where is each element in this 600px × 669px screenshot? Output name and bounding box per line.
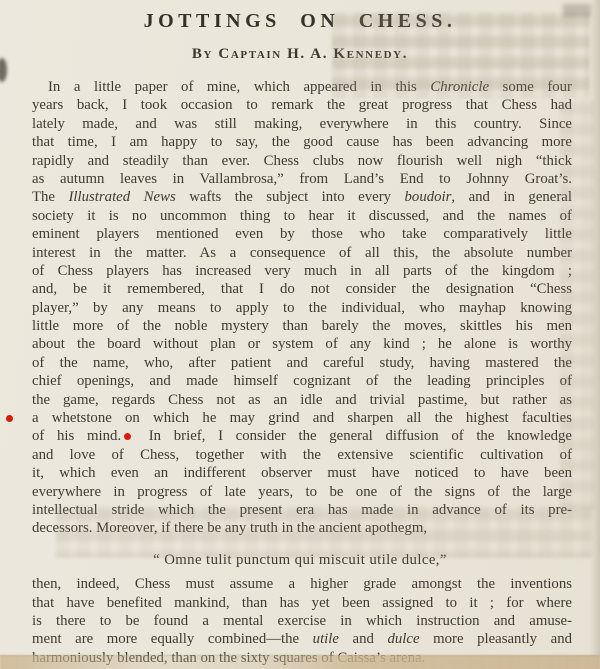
scanned-page: JOTTINGS ON CHESS. By Captain H. A. Kenn… [0,0,600,669]
text-line: The Illustrated News wafts the subject i… [32,188,572,206]
text-line: harmoniously blended, than on the sixty … [32,649,572,667]
text-line: lately made, and was still making, every… [32,115,572,133]
text-line: as autumn leaves in Vallambrosa,” from L… [32,170,572,188]
text-line: that have benefited mankind, than has ye… [32,594,572,612]
text-line: rapidly and steadily than ever. Chess cl… [32,152,572,170]
text-line: the game, regards Chess not as an idle a… [32,391,572,409]
text-line: chief openings, and made himself cogniza… [32,372,572,390]
text-line: intellectual stride which the present er… [32,501,572,519]
text-line: it, which even an indifferent observer m… [32,464,572,482]
text-line: that time, I am happy to say, the good c… [32,133,572,151]
text-line: of the name, who, after patient and care… [32,354,572,372]
text-line: In a little paper of mine, which appeare… [32,78,572,96]
paragraph-2: then, indeed, Chess must assume a higher… [32,575,572,667]
text-line: and, be it remembered, that I do not con… [32,280,572,298]
text-line: ment are more equally combined—the utile… [32,630,572,648]
annotation-dot-icon [124,433,131,440]
text-line: player,” by any means to apply to the in… [32,299,572,317]
text-line: and love of Chess, together with the ext… [32,446,572,464]
text-line: decessors. Moreover, if there be any tru… [32,519,572,537]
text-line: eminent players mentioned even by those … [32,225,572,243]
text-line: years back, I took occasion to remark th… [32,96,572,114]
text-line: then, indeed, Chess must assume a higher… [32,575,572,593]
article-title: JOTTINGS ON CHESS. [0,10,600,33]
text-line: interest in the matter. As a consequence… [32,244,572,262]
annotation-dot-icon [6,415,13,422]
text-line: about the board without plan or system o… [32,335,572,353]
text-line: society it is no uncommon thing to hear … [32,207,572,225]
article-byline: By Captain H. A. Kennedy. [0,46,600,63]
text-line: is there to be found a mental exercise i… [32,612,572,630]
text-line: a whetstone on which he may grind and sh… [32,409,572,427]
text-line: everywhere in progress of late years, to… [32,483,572,501]
text-line: little more of the noble mystery than ba… [32,317,572,335]
text-line: of Chess players has increased very much… [32,262,572,280]
paragraph-1: In a little paper of mine, which appeare… [32,78,572,538]
text-line: of his mind. In brief, I consider the ge… [32,427,572,445]
latin-quote: “ Omne tulit punctum qui miscuit utile d… [0,551,600,569]
